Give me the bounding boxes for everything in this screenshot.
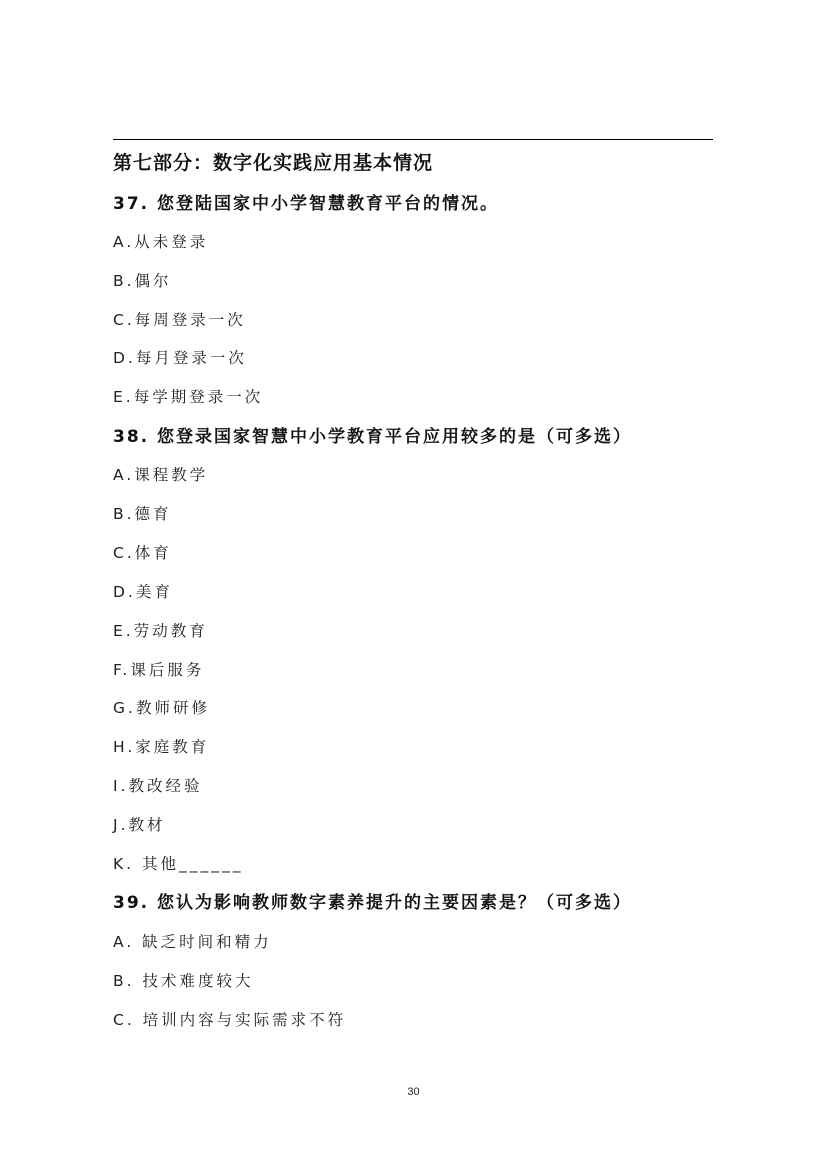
q38-option-c: C.体育 [113, 546, 172, 562]
q37-option-b: B.偶尔 [113, 274, 172, 290]
question-37-text: 37. 您登陆国家中小学智慧教育平台的情况。 [113, 196, 499, 213]
q37-option-e: E.每学期登录一次 [113, 390, 263, 406]
section-title: 第七部分：数字化实践应用基本情况 [113, 154, 433, 173]
page-number: 30 [0, 1086, 827, 1098]
q38-option-h: H.家庭教育 [113, 740, 209, 756]
q38-option-b: B.德育 [113, 507, 172, 523]
q39-option-c: C. 培训内容与实际需求不符 [113, 1013, 346, 1029]
question-39-text: 39. 您认为影响教师数字素养提升的主要因素是？（可多选） [113, 895, 632, 912]
q38-option-g: G.教师研修 [113, 701, 210, 717]
q38-option-f: F.课后服务 [113, 663, 204, 679]
q38-option-a: A.课程教学 [113, 468, 208, 484]
q37-option-a: A.从未登录 [113, 235, 208, 251]
question-38-text: 38. 您登录国家智慧中小学教育平台应用较多的是（可多选） [113, 429, 632, 446]
header-rule [113, 139, 713, 140]
q39-option-a: A. 缺乏时间和精力 [113, 935, 272, 951]
q39-option-b: B. 技术难度较大 [113, 974, 254, 990]
q38-option-i: I.教改经验 [113, 779, 203, 795]
q38-option-d: D.美育 [113, 585, 173, 601]
q38-option-j: J.教材 [113, 818, 166, 834]
q38-option-k-other: K. 其他______ [113, 857, 244, 873]
q37-option-c: C.每周登录一次 [113, 313, 246, 329]
q37-option-d: D.每月登录一次 [113, 351, 247, 367]
q38-option-e: E.劳动教育 [113, 624, 208, 640]
